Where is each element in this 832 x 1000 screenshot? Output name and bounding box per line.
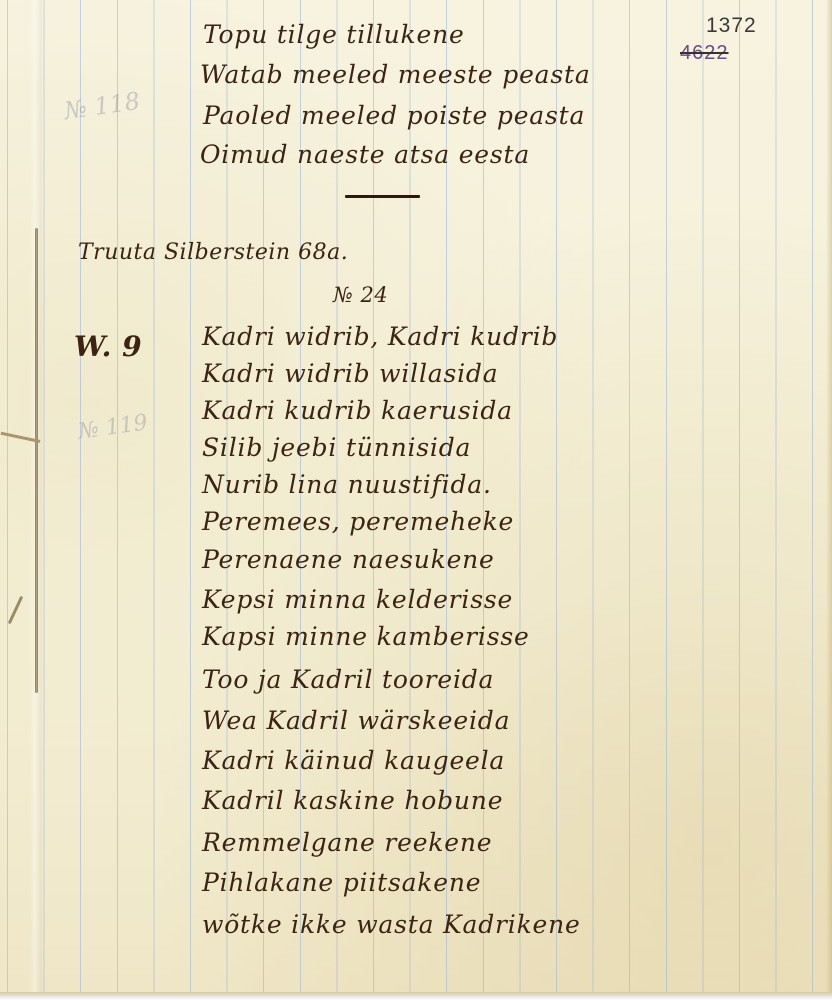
section-divider xyxy=(345,195,420,198)
main-poem-line: Kadri kudrib kaerusida xyxy=(202,396,513,425)
top-poem-line: Oimud naeste atsa eesta xyxy=(200,140,530,169)
page-right-edge xyxy=(826,0,832,1000)
top-poem-line: Paoled meeled poiste peasta xyxy=(203,101,585,130)
pencil-mark-118: № 118 xyxy=(62,87,141,125)
collector-name: Truuta Silberstein 68a. xyxy=(78,240,348,265)
main-poem-line: Kadri widrib, Kadri kudrib xyxy=(202,322,558,351)
song-number: № 24 xyxy=(333,283,388,307)
top-poem-line: Watab meeled meeste peasta xyxy=(200,60,591,89)
main-poem-line: Wea Kadril wärskeeida xyxy=(202,706,510,735)
binding-string-knot xyxy=(8,596,23,624)
main-poem-line: Pihlakane piitsakene xyxy=(202,868,481,897)
main-poem-line: Kapsi minne kamberisse xyxy=(202,622,530,651)
main-poem-line: Perenaene naesukene xyxy=(202,545,495,574)
main-poem-line: wõtke ikke wasta Kadrikene xyxy=(202,910,581,939)
main-poem-line: Peremees, peremeheke xyxy=(202,507,514,536)
main-poem-line: Kadri widrib willasida xyxy=(202,359,498,388)
main-poem-line: Too ja Kadril tooreida xyxy=(202,665,494,694)
main-poem-line: Nurib lina nuustifida. xyxy=(202,470,492,499)
pencil-mark-119: № 119 xyxy=(77,410,150,444)
top-poem-line: Topu tilge tillukene xyxy=(203,20,465,49)
main-poem-line: Kadri käinud kaugeela xyxy=(202,746,505,775)
catalog-number-current: 1372 xyxy=(706,14,757,38)
main-poem-line: Silib jeebi tünnisida xyxy=(202,433,471,462)
main-poem-line: Remmelgane reekene xyxy=(202,828,492,857)
margin-label: W. 9 xyxy=(74,330,142,363)
main-poem-line: Kepsi minna kelderisse xyxy=(202,585,513,614)
main-poem-line: Kadril kaskine hobune xyxy=(202,786,503,815)
page-bottom-edge xyxy=(0,992,832,1000)
manuscript-page: № 118 № 119 1372 4622 Topu tilge tilluke… xyxy=(0,0,832,1000)
binding-string xyxy=(35,228,38,693)
catalog-number-old-struck: 4622 xyxy=(680,42,729,65)
